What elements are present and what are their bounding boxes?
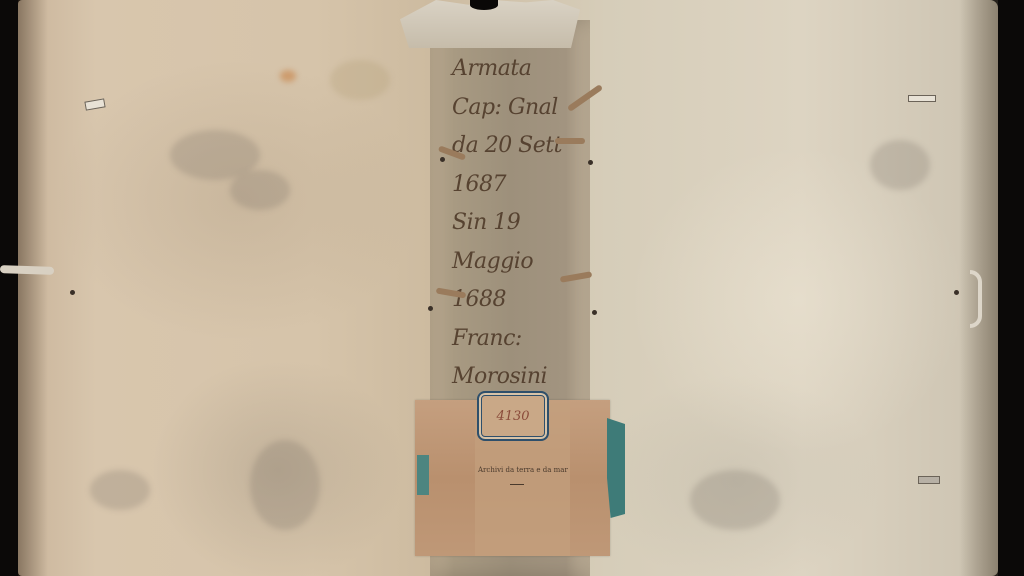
spine-inscription: Armata Cap: Gnal da 20 Sett 1687 Sin 19 … xyxy=(452,50,572,435)
spine-line: Armata xyxy=(452,50,572,89)
photograph: Armata Cap: Gnal da 20 Sett 1687 Sin 19 … xyxy=(0,0,1024,576)
stain xyxy=(90,470,150,510)
stain xyxy=(230,170,290,210)
stain xyxy=(690,470,780,530)
vellum-tear xyxy=(908,95,936,102)
spine-line: 1688 xyxy=(452,281,572,320)
shelf-number: 4130 xyxy=(496,409,529,424)
sewing-hole xyxy=(954,290,959,295)
teal-paper-scrap xyxy=(607,418,625,518)
sewing-hole xyxy=(588,160,593,165)
tie-strap-right xyxy=(970,270,982,328)
spine-line: Franc: xyxy=(452,320,572,359)
sewing-hole xyxy=(440,157,445,162)
sewing-hole xyxy=(428,306,433,311)
stain xyxy=(870,140,930,190)
spine-line: da 20 Sett xyxy=(452,127,572,166)
vellum-tear xyxy=(918,476,940,484)
label-divider xyxy=(510,484,524,485)
label-caption: Archivi da terra e da mar xyxy=(478,466,573,474)
spine-line: Sin 19 xyxy=(452,204,572,243)
sewing-hole xyxy=(592,310,597,315)
sewing-hole xyxy=(70,290,75,295)
spine-line: 1687 xyxy=(452,166,572,205)
shelf-number-badge: 4130 xyxy=(477,391,549,441)
stain xyxy=(250,440,320,530)
spine-line: Maggio xyxy=(452,243,572,282)
teal-paper-scrap xyxy=(417,455,429,495)
cover-left-edge xyxy=(18,0,48,576)
tear-hole xyxy=(470,0,498,10)
spine-line: Cap: Gnal xyxy=(452,89,572,128)
binding-thong xyxy=(555,138,585,144)
tie-strap-left xyxy=(0,265,54,275)
rust-spot xyxy=(280,70,296,82)
stain xyxy=(330,60,390,100)
